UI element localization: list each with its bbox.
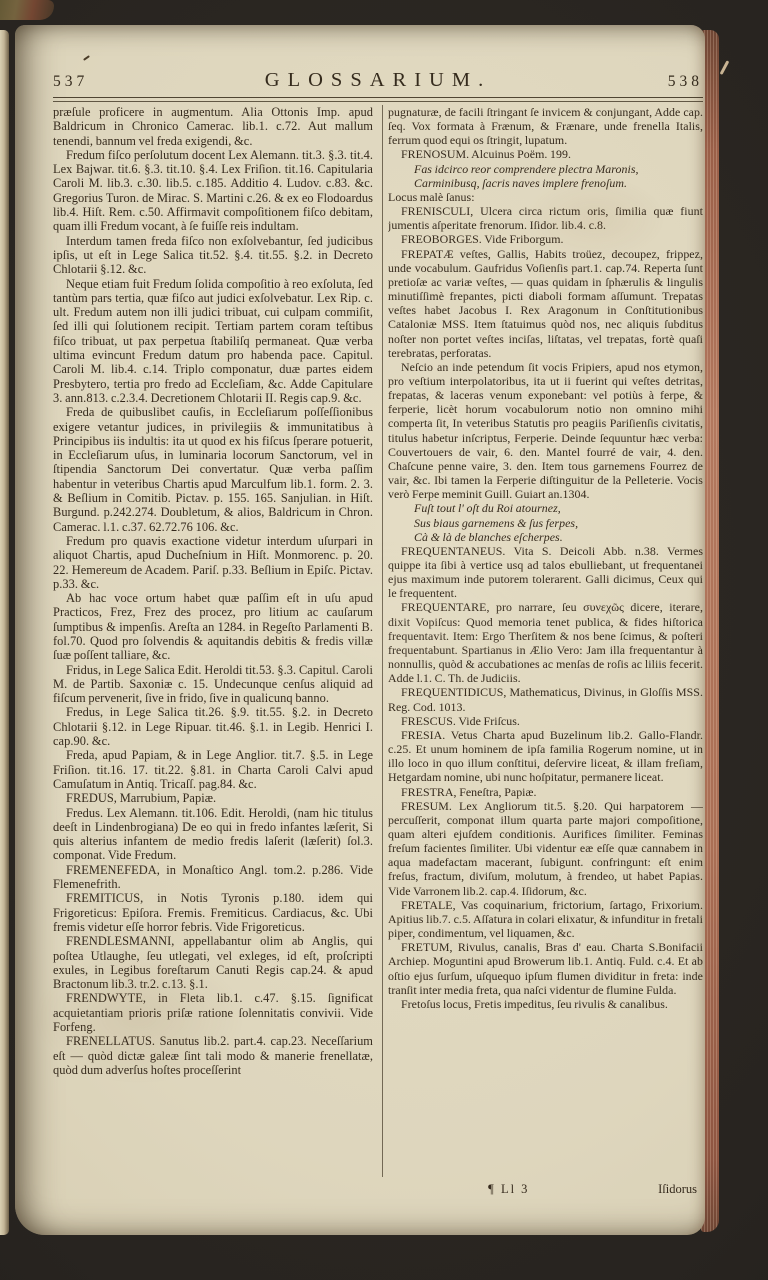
- paragraph: pugnaturæ, de facili ſtringant ſe invice…: [388, 105, 703, 147]
- paragraph: Sus biaus garnemens & ſus ferpes,: [388, 516, 703, 530]
- paragraph: præſule proficere in augmentum. Alia Ott…: [53, 105, 373, 148]
- binding-headband: [0, 0, 54, 20]
- paragraph: FREQUENTIDICUS, Mathematicus, Divinus, i…: [388, 685, 703, 713]
- paragraph: FREMITICUS, in Notis Tyronis p.180. idem…: [53, 891, 373, 934]
- paragraph: Fredus. Lex Alemann. tit.106. Edit. Hero…: [53, 806, 373, 863]
- paragraph: FRETUM, Rivulus, canalis, Bras d' eau. C…: [388, 940, 703, 997]
- paragraph: FREQUENTARE, pro narrare, ſeu συνεχῶς di…: [388, 600, 703, 685]
- folio-number-left: 537: [53, 73, 143, 91]
- paragraph: Neque etiam fuit Fredum ſolida compoſiti…: [53, 277, 373, 406]
- pen-mark-icon: [720, 60, 729, 74]
- paragraph: Fredum pro quavis exactione videtur inte…: [53, 534, 373, 591]
- paragraph: Fredus, in Lege Salica tit.26. §.9. tit.…: [53, 705, 373, 748]
- book-scan: 537 GLOSSARIUM. 538 præſule proficere in…: [0, 0, 768, 1280]
- paragraph: Neſcio an inde petendum ſit vocis Fripie…: [388, 360, 703, 502]
- paragraph: FRESTRA, Feneſtra, Papiæ.: [388, 785, 703, 799]
- paragraph: Fretoſus locus, Fretis impeditus, ſeu ri…: [388, 997, 703, 1011]
- paragraph: FRENDLESMANNI, appellabantur olim ab Ang…: [53, 934, 373, 991]
- paragraph: FREPATÆ veſtes, Gallis, Habits troüez, d…: [388, 247, 703, 360]
- paragraph: Fas idcirco reor comprendere plectra Mar…: [388, 162, 703, 176]
- right-column: pugnaturæ, de facili ſtringant ſe invice…: [388, 105, 703, 1197]
- paragraph: FREMENEFEDA, in Monaſtico Angl. tom.2. p…: [53, 863, 373, 892]
- running-title: GLOSSARIUM.: [143, 69, 613, 92]
- paragraph: FREOBORGES. Vide Friborgum.: [388, 232, 703, 246]
- right-column-text: pugnaturæ, de facili ſtringant ſe invice…: [388, 105, 703, 1011]
- paragraph: FRETALE, Vas coquinarium, frictorium, ſa…: [388, 898, 703, 940]
- paragraph: FREQUENTANEUS. Vita S. Deicoli Abb. n.38…: [388, 544, 703, 601]
- paragraph: FRENOSUM. Alcuinus Poëm. 199.: [388, 147, 703, 161]
- folio-number-right: 538: [613, 73, 703, 91]
- paragraph: Fridus, in Lege Salica Edit. Heroldi tit…: [53, 663, 373, 706]
- paragraph: Freda, apud Papiam, & in Lege Anglior. t…: [53, 748, 373, 791]
- signature-mark: ¶ Ll 3: [488, 1182, 529, 1197]
- column-divider: [382, 105, 383, 1177]
- text-block: præſule proficere in augmentum. Alia Ott…: [53, 105, 703, 1185]
- catchword: Iſidorus: [658, 1182, 697, 1197]
- paragraph: FRENISCULI, Ulcera circa rictum oris, ſi…: [388, 204, 703, 232]
- page-header: 537 GLOSSARIUM. 538: [53, 69, 703, 95]
- ink-tick-icon: [83, 55, 90, 61]
- paragraph: Fuſt tout l' oſt du Roi atournez,: [388, 501, 703, 515]
- paragraph: Fredum fiſco perſolutum docent Lex Alema…: [53, 148, 373, 234]
- header-rule: [53, 97, 703, 102]
- paragraph: FRESCUS. Vide Friſcus.: [388, 714, 703, 728]
- paragraph: Freda de quibuslibet cauſis, in Eccleſia…: [53, 405, 373, 534]
- paragraph: FRESUM. Lex Angliorum tit.5. §.20. Qui h…: [388, 799, 703, 898]
- paragraph: Ab hac voce ortum habet quæ paſſim eſt i…: [53, 591, 373, 662]
- facing-page-edge: [0, 30, 9, 1235]
- paragraph: FRENDWYTE, in Fleta lib.1. c.47. §.15. ſ…: [53, 991, 373, 1034]
- paragraph: FREDUS, Marrubium, Papiæ.: [53, 791, 373, 805]
- paragraph: FRESIA. Vetus Charta apud Buzelinum lib.…: [388, 728, 703, 785]
- left-column: præſule proficere in augmentum. Alia Ott…: [53, 105, 373, 1181]
- paragraph: Interdum tamen freda fiſco non exſolveba…: [53, 234, 373, 277]
- paragraph: Locus malè ſanus:: [388, 190, 703, 204]
- page-footer: ¶ Ll 3 Iſidorus: [388, 1182, 701, 1197]
- book-page: 537 GLOSSARIUM. 538 præſule proficere in…: [15, 25, 705, 1235]
- paragraph: Carminibusq, ſacris naves implere frenoſ…: [388, 176, 703, 190]
- paragraph: FRENELLATUS. Sanutus lib.2. part.4. cap.…: [53, 1034, 373, 1077]
- paragraph: Cà & là de blanches eſcherpes.: [388, 530, 703, 544]
